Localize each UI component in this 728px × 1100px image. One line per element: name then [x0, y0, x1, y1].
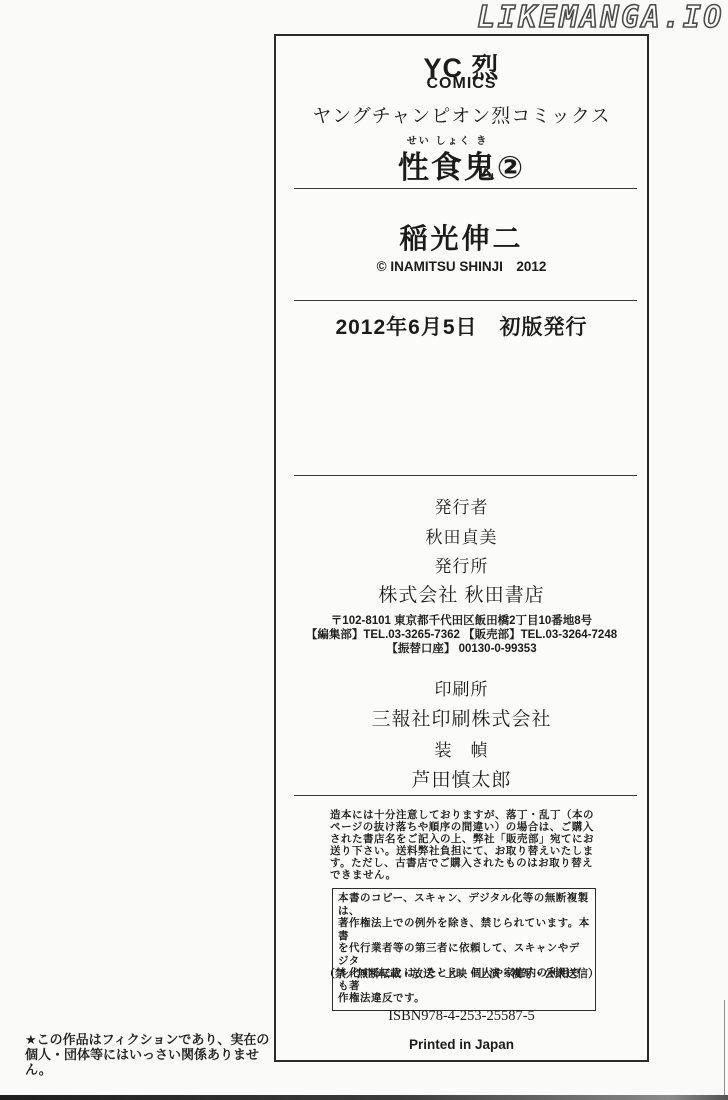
divider [294, 300, 637, 301]
designer-name: 芦田慎太郎 [276, 765, 647, 792]
fiction-disclaimer: ★この作品はフィクションであり、実在の 個人・団体等にはいっさい関係ありません。 [25, 1032, 270, 1077]
publisher-person: 秋田貞美 [276, 523, 647, 548]
office-role-label: 発行所 [276, 552, 647, 577]
edition-date: 2012年6月5日 初版発行 [276, 311, 647, 341]
author-name: 稲光伸二 [276, 217, 647, 257]
divider [294, 795, 637, 796]
printer-company: 三報社印刷株式会社 [276, 704, 647, 731]
postal-account: 【振替口座】 00130-0-99353 [276, 640, 647, 656]
prohibition-line: （禁／無断転載・放送・上映・上演・複写・公衆送信） [276, 965, 647, 981]
publisher-role-label: 発行者 [276, 493, 647, 518]
design-role-label: 装 幀 [276, 736, 647, 761]
publisher-logo-comics: COMICS [276, 75, 647, 93]
copyright-warning-box: 本書のコピー、スキャン、デジタル化等の無断複製は、 著作権法上での例外を除き、禁… [332, 888, 596, 1011]
imprint-line: ヤングチャンピオン烈コミックス [276, 101, 647, 128]
printer-role-label: 印刷所 [276, 675, 647, 700]
defect-return-notice: 造本には十分注意しておりますが、落丁・乱丁（本の ページの抜け落ちや順序の間違い… [330, 810, 598, 882]
watermark-text: LIKEMANGA.IO [477, 0, 724, 35]
copyright-line: © INAMITSU SHINJI 2012 [276, 255, 647, 275]
divider [294, 475, 637, 476]
book-title: 性食鬼② [276, 142, 647, 187]
isbn-number: ISBN978-4-253-25587-5 [276, 1008, 647, 1025]
colophon-box: YC 烈 COMICS ヤングチャンピオン烈コミックス せい しょく き 性食鬼… [274, 34, 649, 1062]
book-title-text: 性食鬼 [398, 150, 497, 185]
scan-edge-artifact [724, 1000, 725, 1095]
scan-bottom-edge [0, 1095, 728, 1100]
publishing-company: 株式会社 秋田書店 [276, 580, 647, 607]
printed-in-label: Printed in Japan [276, 1037, 647, 1052]
divider [294, 188, 637, 189]
volume-number: ② [497, 150, 525, 185]
